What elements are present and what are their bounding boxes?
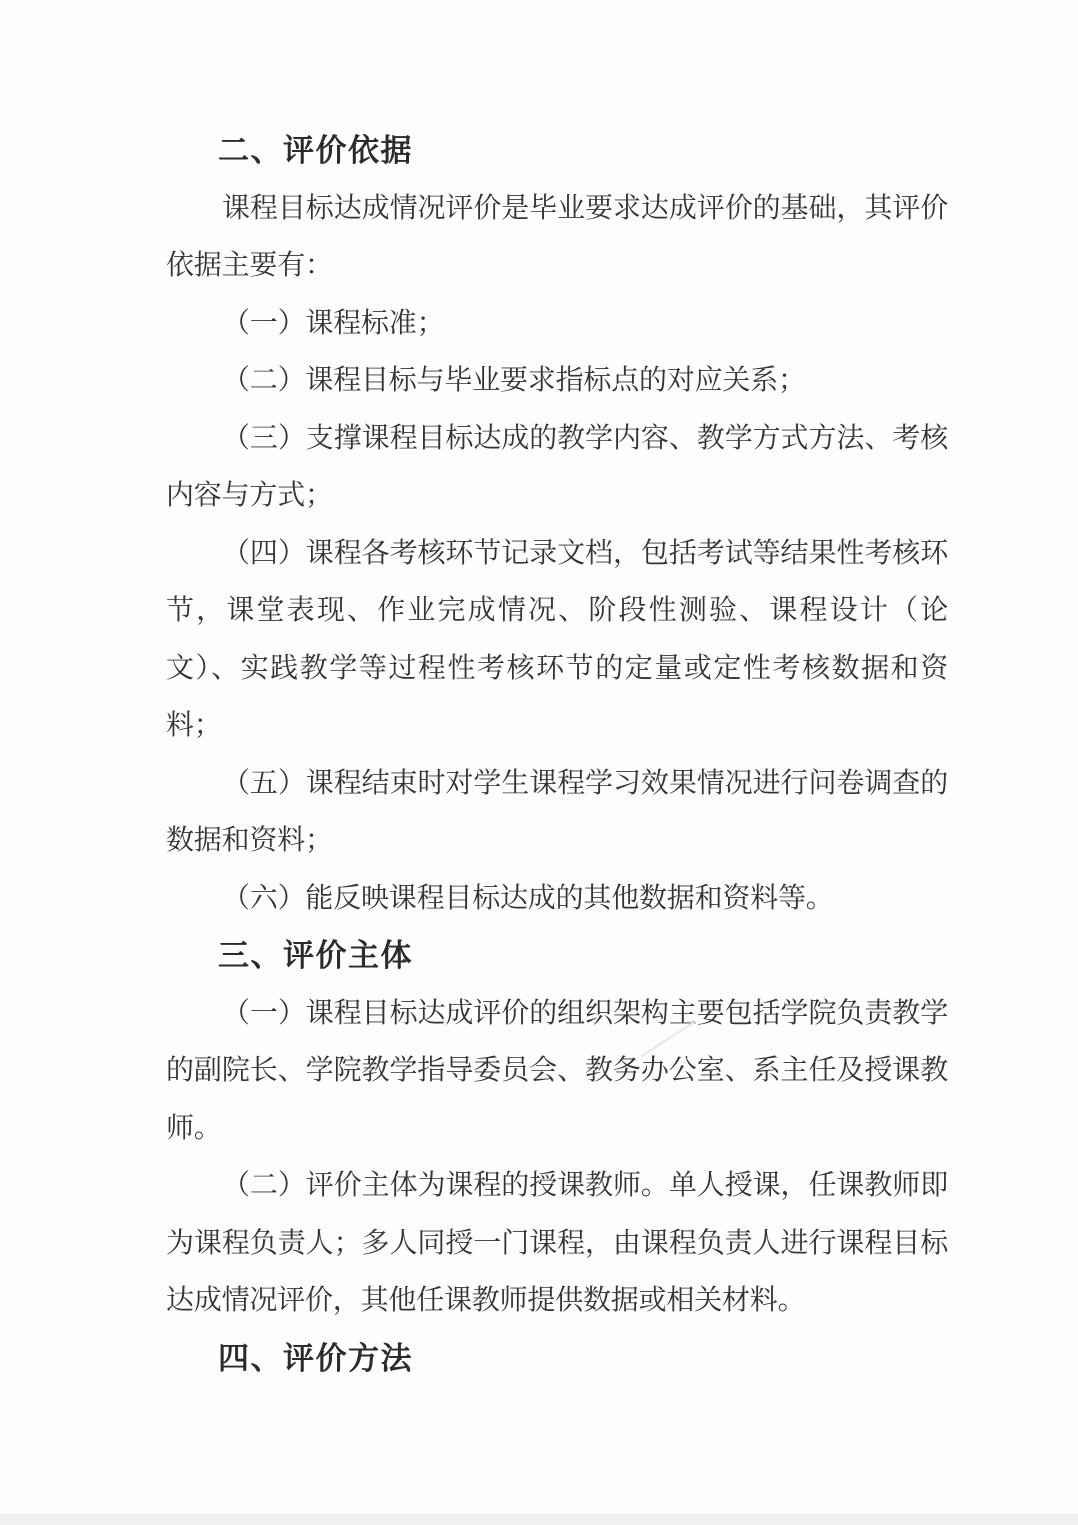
paragraph-subject-item-2: （二）评价主体为课程的授课教师。单人授课，任课教师即为课程负责人；多人同授一门课… xyxy=(166,1157,948,1330)
paragraph-basis-item-6: （六）能反映课程目标达成的其他数据和资料等。 xyxy=(166,870,948,928)
paragraph-basis-item-3: （三）支撑课程目标达成的教学内容、教学方式方法、考核内容与方式； xyxy=(166,410,948,525)
heading-evaluation-method: 四、评价方法 xyxy=(166,1330,948,1388)
document-page: 二、评价依据 课程目标达成情况评价是毕业要求达成评价的基础，其评价依据主要有： … xyxy=(0,0,1078,1525)
paragraph-basis-item-1: （一）课程标准； xyxy=(166,295,948,353)
paragraph-basis-item-2: （二）课程目标与毕业要求指标点的对应关系； xyxy=(166,352,948,410)
heading-evaluation-subject: 三、评价主体 xyxy=(166,927,948,985)
document-content: 二、评价依据 课程目标达成情况评价是毕业要求达成评价的基础，其评价依据主要有： … xyxy=(166,122,948,1387)
paragraph-subject-item-1: （一）课程目标达成评价的组织架构主要包括学院负责教学的副院长、学院教学指导委员会… xyxy=(166,985,948,1158)
paragraph-basis-item-4: （四）课程各考核环节记录文档，包括考试等结果性考核环节，课堂表现、作业完成情况、… xyxy=(166,525,948,755)
page-bottom-edge xyxy=(0,1514,1078,1525)
heading-evaluation-basis: 二、评价依据 xyxy=(166,122,948,180)
paragraph-basis-intro: 课程目标达成情况评价是毕业要求达成评价的基础，其评价依据主要有： xyxy=(166,180,948,295)
paragraph-basis-item-5: （五）课程结束时对学生课程学习效果情况进行问卷调查的数据和资料； xyxy=(166,755,948,870)
